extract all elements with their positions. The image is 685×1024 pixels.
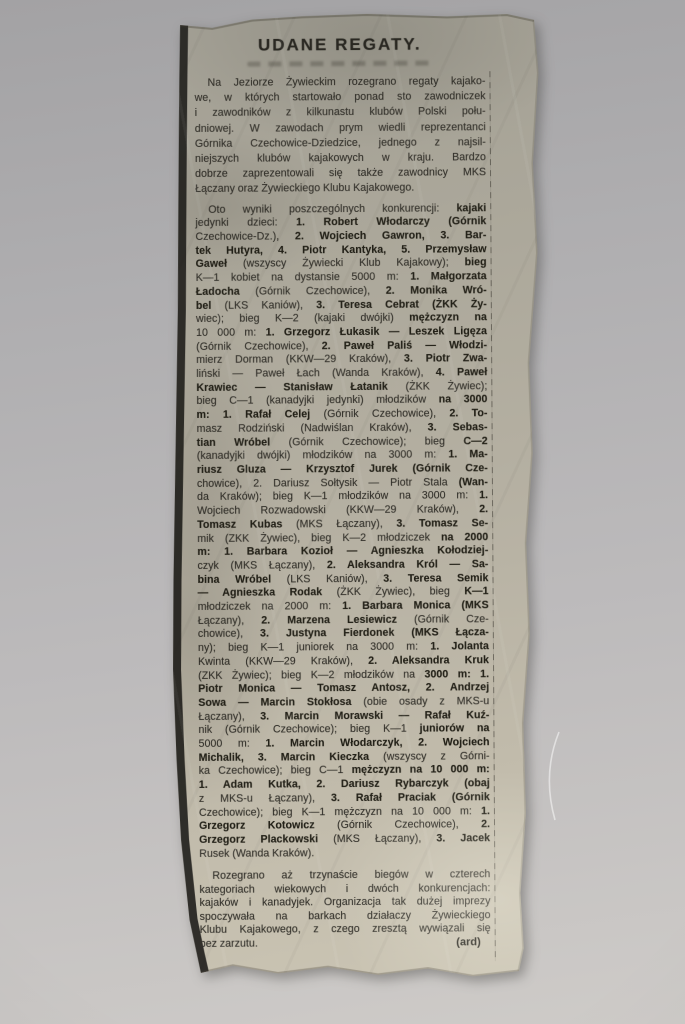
article-line: Rusek (Wanda Kraków).	[199, 846, 490, 861]
regular-text: jedynki dzieci:	[195, 217, 296, 230]
bold-text: bieg	[465, 257, 487, 269]
regular-text: bez zarzutu.	[200, 937, 258, 949]
regular-text: Klubu Kajakowego, z czego zresztą wywiąz…	[200, 923, 491, 937]
bold-text: 3. Rafał Praciak (Górnik	[331, 791, 490, 804]
bold-text: 3. Teresa Semik	[383, 572, 488, 585]
bold-text: Grzegorz Kotowicz	[199, 819, 337, 832]
regular-text: nik (Górnik Czechowice); bieg K—1	[198, 723, 419, 736]
article-line: Grzegorz Plackowski (MKS Łączany), 3. Ja…	[199, 832, 490, 847]
bold-text: 1. Marcin Włodarczyk, 2. Wojciech	[265, 736, 489, 749]
regular-text: mierz Dorman (KKW—29 Kraków),	[196, 353, 404, 366]
regular-text: chowice),	[198, 628, 260, 640]
article-line: Łączany oraz Żywieckiego Klubu Kajakoweg…	[195, 181, 486, 198]
regular-text: Czechowice); bieg K—1 mężczyzn na 10 000…	[199, 805, 481, 819]
regular-text: da Kraków); bieg K—1 młodzików na 3000 m…	[197, 490, 479, 504]
bold-text: (Wan-	[459, 476, 488, 488]
bold-text: Sowa — Marcin Stokłosa	[198, 696, 363, 709]
bold-text: 1.	[481, 805, 490, 817]
regular-text: chowice), 2. Dariusz Sołtysik — Piotr St…	[197, 476, 459, 490]
regular-text: Łączany oraz Żywieckiego Klubu Kajakoweg…	[195, 182, 414, 195]
article-line: we, w których startowało ponad sto zawod…	[195, 89, 486, 106]
bold-text: m: 1. Rafał Celej	[196, 408, 323, 421]
bold-text: kajaki	[456, 202, 486, 214]
regular-text: dniowej. W zawodach prym wiedli reprezen…	[195, 121, 486, 135]
regular-text: (LKS Kaniów),	[224, 299, 316, 312]
regular-text: Kwinta (KKW—29 Kraków),	[198, 655, 368, 668]
bold-text: 1. Adam Kutka, 2. Dariusz Rybarczyk (oba…	[199, 777, 490, 791]
regular-text: we, w których startowało ponad sto zawod…	[195, 90, 486, 104]
bold-text: 2. Aleksandra Król — Sa-	[327, 558, 489, 571]
newspaper-clipping: UDANE REGATY. Na Jeziorze Żywieckim roze…	[167, 13, 545, 979]
bold-text: Grzegorz Plackowski	[199, 833, 333, 846]
regular-text: niejszych klubów kajakowych w kraju. Bar…	[195, 151, 486, 165]
regular-text: 10 000 m:	[196, 327, 266, 339]
bold-text: 3. Marcin Morawski — Rafał Kuź-	[260, 709, 489, 722]
regular-text: (kanadyjki dwójki) młodzików na 3000 m:	[197, 449, 449, 463]
bold-text: 3. Sebas-	[428, 421, 488, 433]
regular-text: ka Czechowice); bieg C—1	[199, 764, 352, 777]
bold-text: Piotr Monica — Tomasz Antosz, 2. Andrzej	[198, 681, 489, 695]
regular-text: Górnika Czechowice-Dziedzice, jednego z …	[195, 136, 486, 150]
regular-text: (MKS Łączany),	[333, 832, 436, 845]
bold-text: Tomasz Kubas	[197, 518, 296, 531]
regular-text: Wojciech Rozwadowski (KKW—29 Kraków),	[197, 503, 479, 517]
regular-text: kajaków i kanadyjek. Organizacja tak duż…	[199, 896, 490, 910]
regular-text: bieg C—1 (kanadyjki jedynki) młodzików	[196, 394, 438, 407]
article-line: dniowej. W zawodach prym wiedli reprezen…	[195, 120, 486, 137]
regular-text: (MKS Łączany),	[296, 518, 396, 531]
article-line: Na Jeziorze Żywieckim rozegrano regaty k…	[194, 74, 485, 91]
bold-text: bel	[196, 299, 225, 311]
regular-text: (ZKK Żywiec); bieg K—2 młodzików na	[198, 668, 424, 681]
bold-text: tian Wróbel	[197, 436, 289, 449]
bold-text: 2.	[481, 818, 490, 830]
bold-text: 2. Paweł Paliś — Włodzi-	[322, 339, 488, 352]
bold-text: mężczyzn na	[409, 311, 487, 323]
bold-text: C—2	[463, 435, 487, 447]
regular-text: ny); bieg K—1 juniorek na 3000 m:	[198, 641, 430, 654]
bold-text: 3. Jacek	[436, 832, 490, 844]
bold-text: juniorów na	[420, 723, 490, 735]
bold-text: 2.	[479, 503, 488, 515]
regular-text: (Górnik Czechowice),	[255, 285, 386, 298]
bold-text: na 3000	[439, 394, 488, 406]
bold-text: 2. Marzena Lesiewicz	[261, 613, 414, 626]
regular-text: mik (ZKK Żywiec), bieg K—2 młodziczek	[197, 531, 441, 544]
photo-background: UDANE REGATY. Na Jeziorze Żywieckim roze…	[0, 0, 685, 1024]
bold-text: 2. To-	[449, 407, 487, 419]
article-line: dobrze zaprezentowali się także zawodnic…	[195, 165, 486, 182]
regular-text: dobrze zaprezentowali się także zawodnic…	[195, 166, 486, 180]
bold-text: m: 1. Barbara Kozioł — Agnieszka Kołodzi…	[197, 544, 488, 558]
bold-text: — Agnieszka Rodak	[198, 586, 337, 599]
regular-text: (wszyscy Żywiecki Klub Kajakowy);	[243, 257, 465, 270]
regular-text: Oto wyniki poszczególnych konkurencji:	[208, 202, 456, 216]
regular-text: (LKS Kaniów),	[287, 572, 384, 585]
regular-text: kategoriach wiekowych i dwóch konkurencj…	[199, 882, 490, 896]
bold-text: 2. Wojciech Gawron, 3. Bar-	[295, 229, 487, 242]
torn-edge-bottom	[201, 964, 519, 978]
regular-text: spoczywała na barkach działaczy Żywiecki…	[200, 909, 491, 923]
bold-text: 1.	[479, 490, 488, 502]
bold-text: 2. Aleksandra Kruk	[368, 654, 489, 667]
regular-text: (obie osady z MKS-u	[363, 695, 489, 708]
regular-text: Rusek (Wanda Kraków).	[199, 847, 314, 860]
article-column: UDANE REGATY. Na Jeziorze Żywieckim roze…	[194, 35, 491, 950]
regular-text: (Górnik Czechowice),	[196, 340, 322, 353]
bold-text: 1. Małgorzata	[410, 270, 486, 282]
bold-text: 1. Barbara Monica (MKS	[342, 599, 489, 612]
bold-text: K—1	[464, 586, 488, 598]
regular-text: Łączany),	[198, 710, 260, 722]
article-line: Klubu Kajakowego, z czego zresztą wywiąz…	[200, 923, 491, 938]
bold-text: tek Hutyra, 4. Piotr Kantyka, 5. Przemys…	[195, 243, 486, 257]
article-paragraph: Na Jeziorze Żywieckim rozegrano regaty k…	[194, 74, 486, 197]
regular-text: z MKS-u Łączany),	[199, 792, 331, 805]
bold-text: riusz Gluza — Krzysztof Jurek (Górnik Cz…	[197, 462, 488, 476]
regular-text: 5000 m:	[198, 738, 265, 750]
regular-text: K—1 kobiet na dystansie 5000 m:	[196, 271, 411, 284]
torn-edge-right	[513, 20, 544, 971]
regular-text: (ŻKK Żywiec);	[405, 380, 487, 392]
regular-text: (ŻKK Żywiec), bieg	[337, 586, 465, 599]
regular-text: liński — Paweł Łach (Wanda Kraków),	[196, 367, 436, 380]
regular-text: czyk (MKS Łączany),	[197, 559, 327, 572]
bold-text: Michalik, 3. Marcin Kieczka	[199, 751, 384, 764]
regular-text: wiec); bieg K—2 (kajaki dwójki)	[196, 312, 409, 325]
bold-text: 3. Tomasz Se-	[396, 517, 488, 530]
regular-text: Czechowice-Dz.),	[195, 230, 295, 243]
article-paragraph: Oto wyniki poszczególnych konkurencji: k…	[195, 202, 490, 862]
regular-text: i zawodników z kilkunastu klubów Polski …	[195, 106, 486, 120]
regular-text: (Górnik Cze-	[414, 613, 489, 625]
regular-text: (Górnik Czechowice),	[323, 408, 449, 421]
bold-text: 1. Grzegorz Łukasik — Leszek Ligęza	[266, 325, 487, 338]
bold-text: 3. Teresa Cebrat (ŻKK Ży-	[316, 298, 487, 311]
bold-text: 4. Paweł	[436, 366, 488, 378]
column-rule	[489, 71, 495, 961]
regular-text: (Górnik Czechowice); bieg	[289, 435, 464, 448]
regular-text: (Górnik Czechowice),	[337, 819, 481, 832]
bold-text: mężczyzn na 10 000 m:	[352, 764, 490, 777]
regular-text: masz Rodziński (Nadwiślan Kraków),	[197, 421, 428, 434]
torn-edge-top	[180, 13, 534, 28]
article-line: Górnika Czechowice-Dziedzice, jednego z …	[195, 135, 486, 152]
article-line: i zawodników z kilkunastu klubów Polski …	[195, 105, 486, 122]
faded-subtitle-smudge	[247, 61, 432, 67]
bold-text: na 2000	[441, 531, 488, 543]
article-body: Na Jeziorze Żywieckim rozegrano regaty k…	[194, 74, 490, 951]
bold-text: bina Wróbel	[197, 573, 286, 586]
bold-text: Krawiec — Stanisław Łatanik	[196, 380, 405, 393]
clipping-wrapper: UDANE REGATY. Na Jeziorze Żywieckim roze…	[167, 13, 545, 979]
article-title: UDANE REGATY.	[194, 35, 485, 55]
regular-text: Rozegrano aż trzynaście biegów w czterec…	[212, 869, 490, 883]
regular-text: (wszyscy z Górni-	[383, 750, 490, 763]
bold-text: 3. Justyna Fierdonek (MKS Łącza-	[260, 627, 489, 640]
bold-text: 1. Robert Włodarczy (Górnik	[296, 216, 486, 229]
bold-text: Gaweł	[196, 258, 243, 270]
bold-text: 1. Jolanta	[430, 640, 489, 652]
article-line: niejszych klubów kajakowych w kraju. Bar…	[195, 150, 486, 167]
bold-text: 1. Ma-	[448, 448, 488, 460]
regular-text: Łączany),	[198, 614, 262, 626]
regular-text: młodziczek na 2000 m:	[198, 600, 343, 613]
bold-text: 3000 m: 1.	[424, 668, 489, 680]
bold-text: 2. Monika Wró-	[386, 284, 487, 297]
bold-text: Ładocha	[196, 285, 256, 297]
regular-text: Na Jeziorze Żywieckim rozegrano regaty k…	[207, 75, 485, 89]
bold-text: 3. Piotr Zwa-	[404, 353, 487, 366]
